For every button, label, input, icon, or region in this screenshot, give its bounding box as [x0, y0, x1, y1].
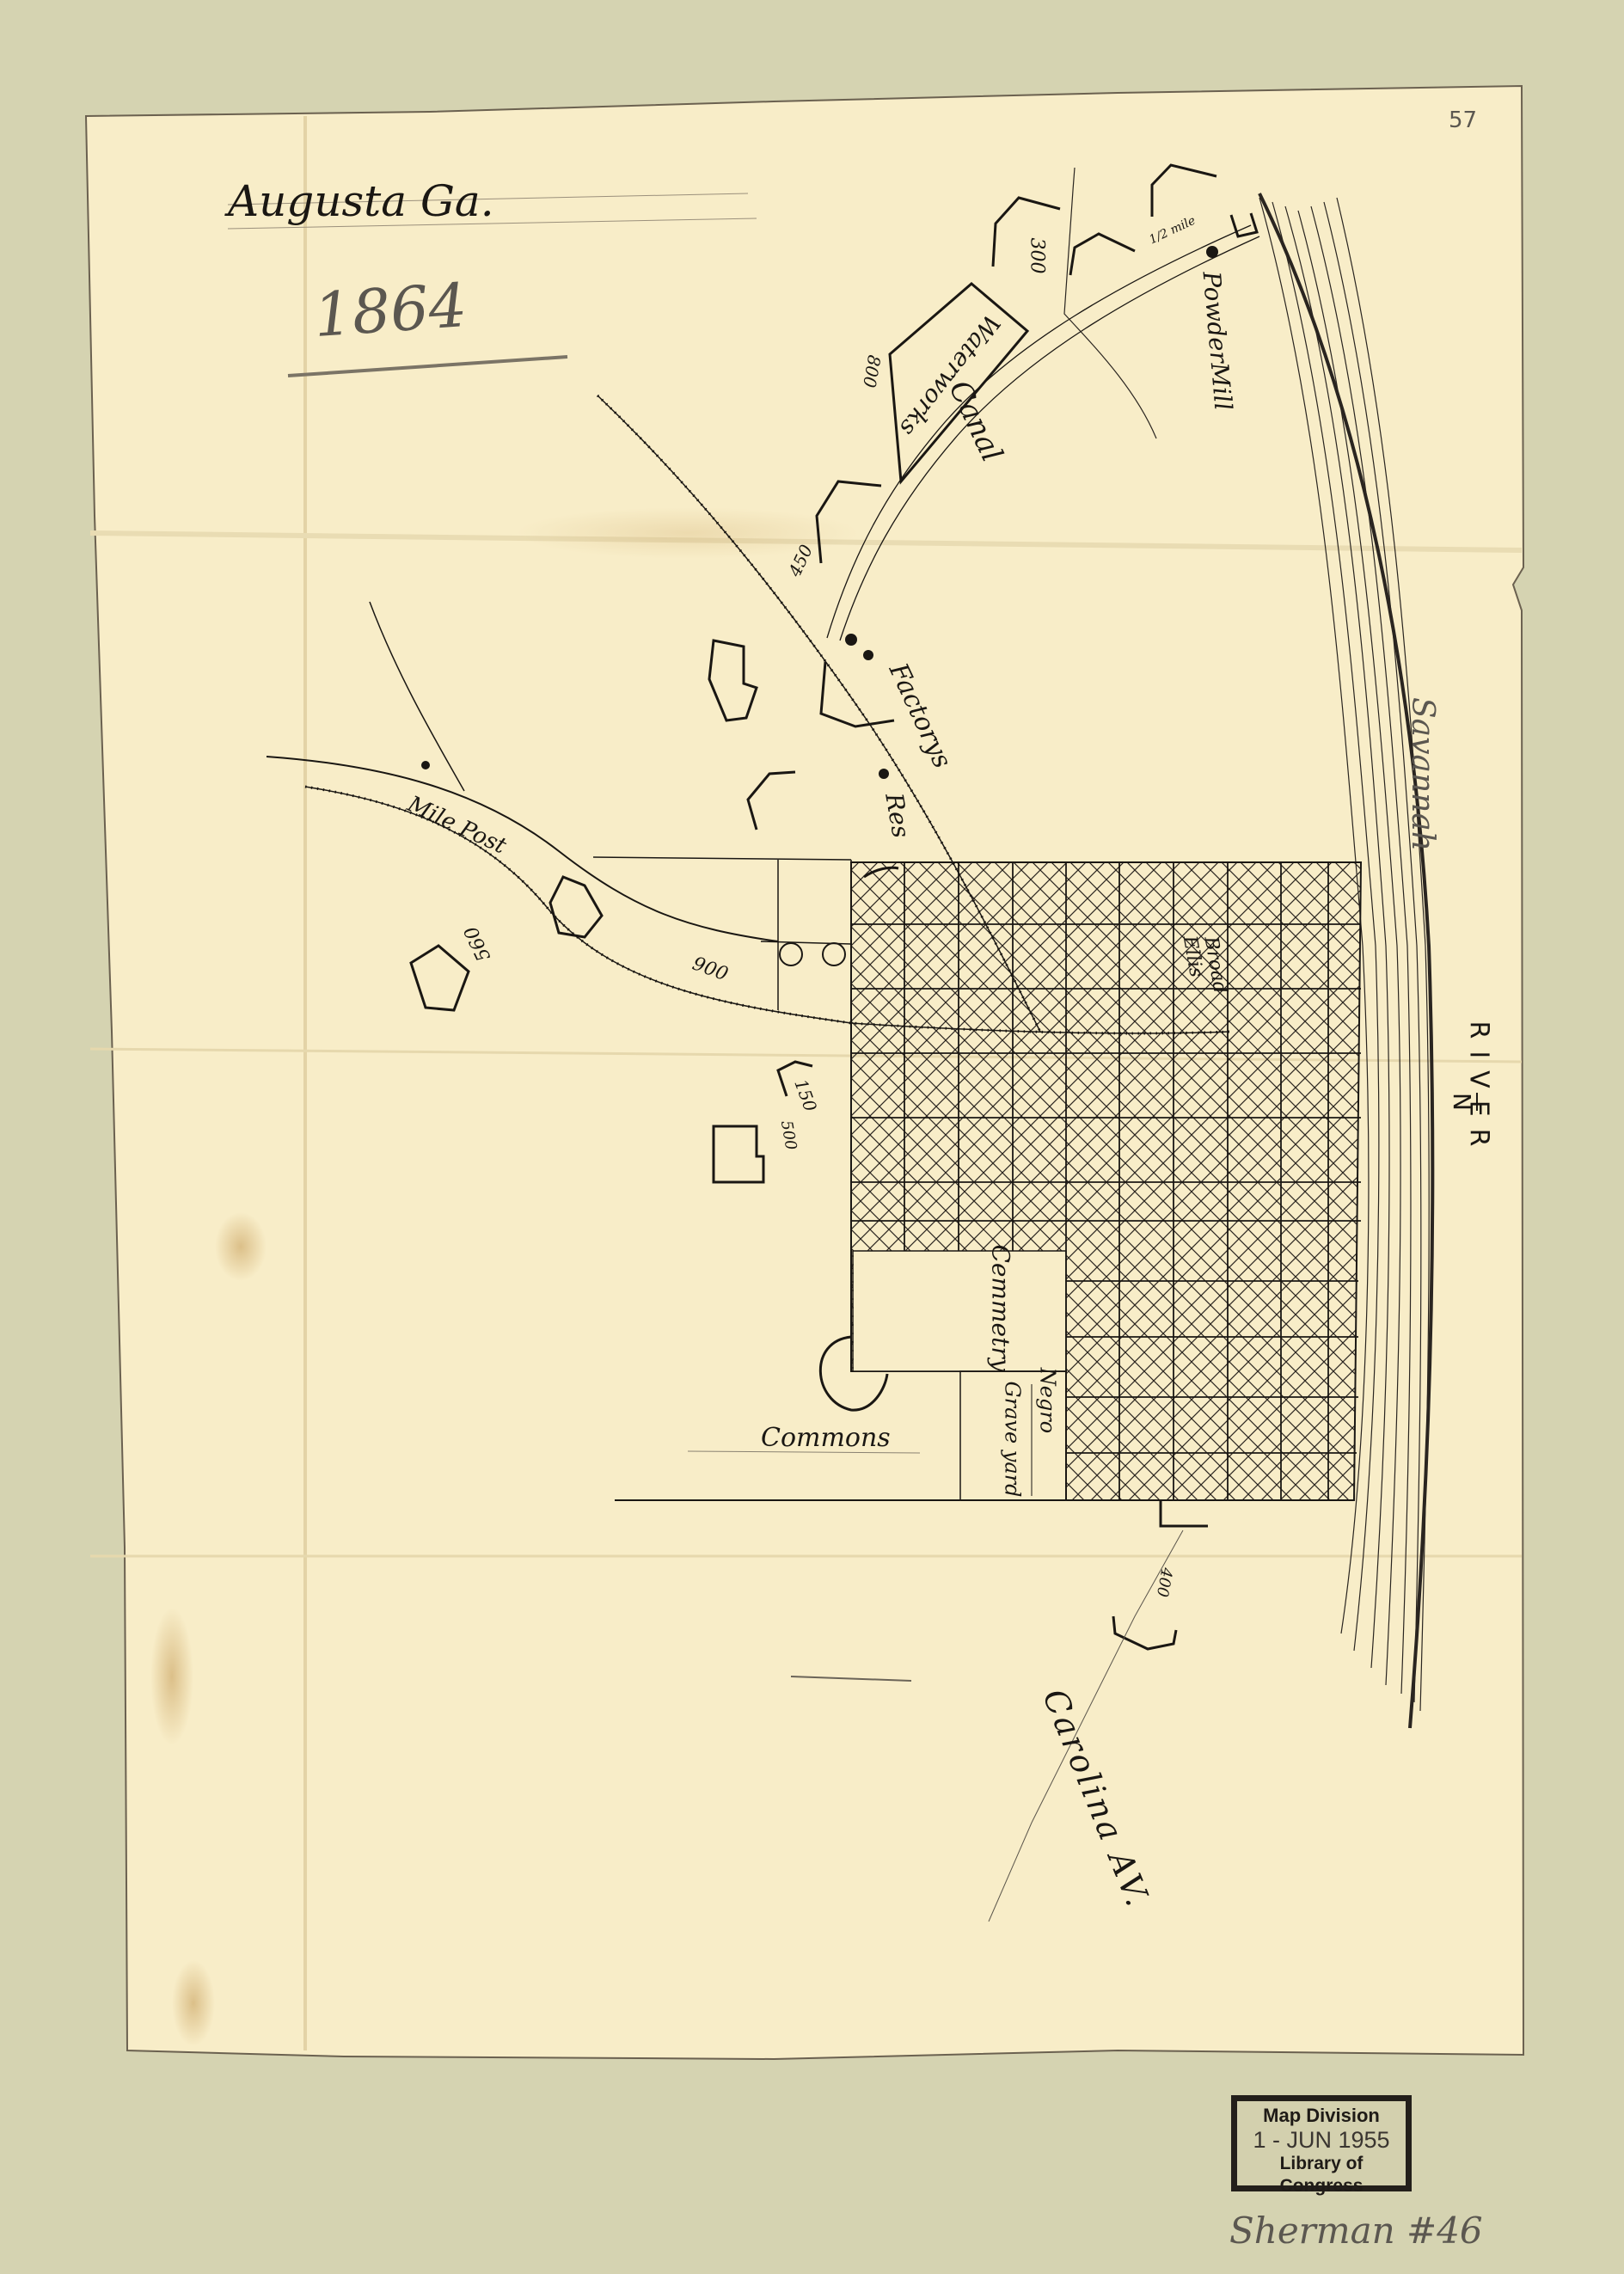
collection-annotation: Sherman #46 — [1229, 2210, 1483, 2252]
label-savannah: Savannah — [1405, 697, 1440, 851]
label-commons: Commons — [761, 1423, 891, 1453]
label-graveyard: Grave yard — [1001, 1381, 1025, 1497]
label-cemetery: Cemmetry — [987, 1244, 1015, 1371]
map-year: 1864 — [311, 270, 469, 351]
map-sheet — [0, 0, 1624, 2274]
north-arrow-label: N — [1448, 1093, 1476, 1111]
stamp-library: Library of Congress — [1237, 2153, 1406, 2197]
library-stamp: Map Division 1 - JUN 1955 Library of Con… — [1231, 2095, 1412, 2191]
distance-300: 300 — [1026, 238, 1048, 274]
label-river: RIVER — [1464, 1021, 1494, 1158]
stamp-division: Map Division — [1237, 2105, 1406, 2127]
sheet-number: 57 — [1449, 107, 1477, 133]
map-title: Augusta Ga. — [228, 176, 494, 226]
label-negro: Negro — [1035, 1368, 1059, 1434]
stamp-date: 1 - JUN 1955 — [1237, 2127, 1406, 2153]
